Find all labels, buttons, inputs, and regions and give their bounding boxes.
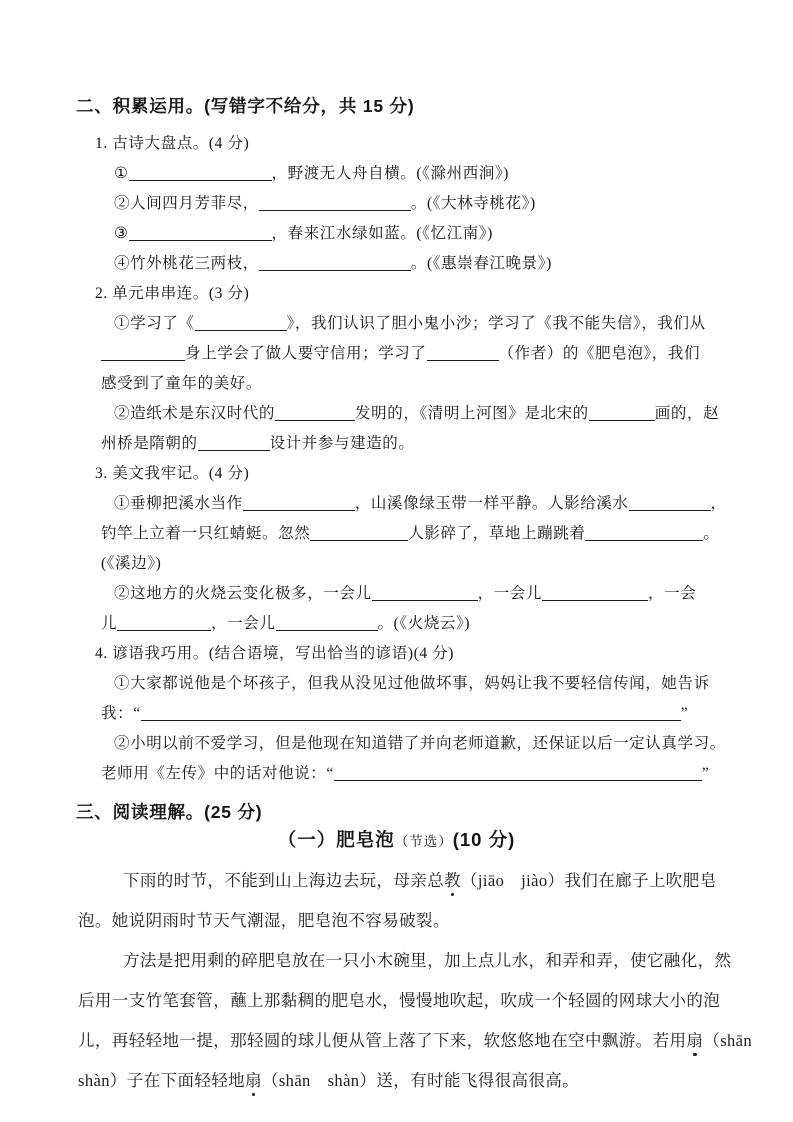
answer-blank	[259, 255, 411, 272]
text-segment: 身上学会了做人要守信用；学习了	[185, 345, 427, 362]
exam-line: (《溪边》)	[0, 549, 793, 579]
text-segment: ①学习了《	[114, 315, 195, 332]
text-segment: ②小明以前不爱学习，但是他现在知道错了并向老师道歉，还保证以后一定认真学习。	[114, 735, 726, 752]
exam-line: ②小明以前不爱学习，但是他现在知道错了并向老师道歉，还保证以后一定认真学习。	[0, 729, 793, 759]
passage-line: 泡。她说阴雨时节天气潮湿，肥皂泡不容易破裂。	[0, 901, 793, 941]
exam-paper-page: 二、积累运用。(写错字不给分，共 15 分) 1. 古诗大盘点。(4 分)①，野…	[0, 0, 793, 1122]
answer-blank	[334, 765, 702, 782]
question-title: 1. 古诗大盘点。(4 分)	[0, 129, 793, 159]
text-segment: 》，我们认识了胆小鬼小沙；学习了《我不能失信》，我们从	[287, 315, 706, 332]
emphasized-character: 扇	[245, 1071, 262, 1090]
passage-line: 下雨的时节，不能到山上海边去玩，母亲总教（jiāo jiào）我们在廊子上吹肥皂	[0, 861, 793, 901]
emphasized-character: 教	[444, 871, 461, 890]
text-segment: ③	[114, 225, 129, 242]
answer-blank	[129, 225, 272, 242]
text-segment: ，一会儿	[211, 615, 275, 632]
passage-line: 儿，再轻轻地一提，那轻圆的球儿便从管上落了下来，软悠悠地在空中飘游。若用扇（sh…	[0, 1021, 793, 1061]
text-segment: ”	[681, 705, 688, 722]
text-segment: ①垂柳把溪水当作	[114, 495, 243, 512]
exam-line: ①大家都说他是个坏孩子，但我从没见过他做坏事，妈妈让我不要轻信传闻，她告诉	[0, 669, 793, 699]
text-segment: 。(《火烧云》)	[378, 615, 471, 632]
reading-passage: 下雨的时节，不能到山上海边去玩，母亲总教（jiāo jiào）我们在廊子上吹肥皂…	[0, 861, 793, 1101]
text-segment: ①	[114, 165, 129, 182]
text-segment: 老师用《左传》中的话对他说：“	[101, 765, 334, 782]
text-segment: ①大家都说他是个坏孩子，但我从没见过他做坏事，妈妈让我不要轻信传闻，她告诉	[114, 675, 710, 692]
question-title: 2. 单元串串连。(3 分)	[0, 279, 793, 309]
reading-subtitle-score: (10 分)	[453, 829, 516, 850]
text-segment: shàn）子在下面轻轻地	[78, 1071, 245, 1090]
text-segment: ，一会儿	[478, 585, 542, 602]
text-segment: 。(《惠崇春江晚景》)	[411, 255, 552, 272]
answer-blank	[542, 585, 648, 602]
answer-blank	[585, 525, 703, 542]
exam-line: ①学习了《》，我们认识了胆小鬼小沙；学习了《我不能失信》，我们从	[0, 309, 793, 339]
exam-line: 老师用《左传》中的话对他说：“”	[0, 759, 793, 789]
section-two-heading: 二、积累运用。(写错字不给分，共 15 分)	[0, 93, 793, 119]
text-segment: 儿	[101, 615, 117, 632]
reading-subtitle-note: （节选）	[395, 834, 453, 849]
text-segment: 人影碎了，草地上蹦跳着	[408, 525, 585, 542]
passage-line: 方法是把用剩的碎肥皂放在一只小木碗里，加上点儿水，和弄和弄，使它融化，然	[0, 941, 793, 981]
answer-blank	[129, 165, 272, 182]
answer-blank	[589, 405, 655, 422]
text-segment: 感受到了童年的美好。	[101, 375, 262, 392]
question-title: 4. 谚语我巧用。(结合语境，写出恰当的谚语)(4 分)	[0, 639, 793, 669]
text-segment: 下雨的时节，不能到山上海边去玩，母亲总	[123, 871, 444, 890]
text-segment: 后用一支竹笔套管，蘸上那黏稠的肥皂水，慢慢地吹起，吹成一个轻圆的网球大小的泡	[78, 991, 720, 1010]
answer-blank	[259, 195, 411, 212]
emphasized-character: 扇	[686, 1031, 703, 1050]
text-segment: （jiāo jiào）我们在廊子上吹肥皂	[461, 871, 716, 890]
exam-line: 我：“”	[0, 699, 793, 729]
text-segment: 儿，再轻轻地一提，那轻圆的球儿便从管上落了下来，软悠悠地在空中飘游。若用	[78, 1031, 686, 1050]
text-segment: ，春来江水绿如蓝。(《忆江南》)	[272, 225, 493, 242]
answer-blank	[427, 345, 499, 362]
text-segment: 设计并参与建造的。	[270, 435, 415, 452]
passage-line: 后用一支竹笔套管，蘸上那黏稠的肥皂水，慢慢地吹起，吹成一个轻圆的网球大小的泡	[0, 981, 793, 1021]
text-segment: ”	[702, 765, 709, 782]
reading-subtitle: （一）肥皂泡（节选）(10 分)	[0, 825, 793, 857]
answer-blank	[198, 435, 270, 452]
text-segment: 方法是把用剩的碎肥皂放在一只小木碗里，加上点儿水，和弄和弄，使它融化，然	[123, 951, 731, 970]
text-segment: ，	[711, 495, 727, 512]
text-segment: 泡。她说阴雨时节天气潮湿，肥皂泡不容易破裂。	[78, 911, 450, 930]
text-segment: ，一会	[648, 585, 696, 602]
exam-line: ②这地方的火烧云变化极多，一会儿，一会儿，一会	[0, 579, 793, 609]
text-segment: ，山溪像绿玉带一样平静。人影给溪水	[355, 495, 629, 512]
text-segment: 。	[703, 525, 719, 542]
text-segment: ②造纸术是东汉时代的	[114, 405, 275, 422]
text-segment: （shān	[703, 1031, 752, 1050]
text-segment: 发明的，《清明上河图》是北宋的	[355, 405, 589, 422]
exam-line: ③，春来江水绿如蓝。(《忆江南》)	[0, 219, 793, 249]
text-segment: ，野渡无人舟自横。(《滁州西涧》)	[272, 165, 510, 182]
question-title: 3. 美文我牢记。(4 分)	[0, 459, 793, 489]
text-segment: 画的，赵	[655, 405, 719, 422]
answer-blank	[372, 585, 478, 602]
answer-blank	[101, 345, 185, 362]
text-segment: 我：“	[101, 705, 141, 722]
answer-blank	[310, 525, 408, 542]
exam-line: ①垂柳把溪水当作，山溪像绿玉带一样平静。人影给溪水，	[0, 489, 793, 519]
text-segment: ②这地方的火烧云变化极多，一会儿	[114, 585, 372, 602]
exam-line: 身上学会了做人要守信用；学习了（作者）的《肥皂泡》，我们	[0, 339, 793, 369]
accumulate-questions: 1. 古诗大盘点。(4 分)①，野渡无人舟自横。(《滁州西涧》)②人间四月芳菲尽…	[0, 129, 793, 789]
page-content: 二、积累运用。(写错字不给分，共 15 分) 1. 古诗大盘点。(4 分)①，野…	[0, 0, 793, 1101]
text-segment: （作者）的《肥皂泡》，我们	[499, 345, 701, 362]
exam-line: 感受到了童年的美好。	[0, 369, 793, 399]
exam-line: ④竹外桃花三两枝，。(《惠崇春江晚景》)	[0, 249, 793, 279]
exam-line: 钓竿上立着一只红蜻蜓。忽然人影碎了，草地上蹦跳着。	[0, 519, 793, 549]
exam-line: 儿，一会儿。(《火烧云》)	[0, 609, 793, 639]
exam-line: ①，野渡无人舟自横。(《滁州西涧》)	[0, 159, 793, 189]
passage-line: shàn）子在下面轻轻地扇（shān shàn）送，有时能飞得很高很高。	[0, 1061, 793, 1101]
text-segment: 州桥是隋朝的	[101, 435, 198, 452]
text-segment: 。(《大林寺桃花》)	[411, 195, 536, 212]
answer-blank	[141, 705, 681, 722]
answer-blank	[629, 495, 711, 512]
text-segment: （shān shàn）送，有时能飞得很高很高。	[262, 1071, 579, 1090]
answer-blank	[243, 495, 355, 512]
exam-line: ②造纸术是东汉时代的发明的，《清明上河图》是北宋的画的，赵	[0, 399, 793, 429]
exam-line: ②人间四月芳菲尽，。(《大林寺桃花》)	[0, 189, 793, 219]
section-three-heading: 三、阅读理解。(25 分)	[0, 799, 793, 825]
answer-blank	[195, 315, 287, 332]
exam-line: 州桥是隋朝的设计并参与建造的。	[0, 429, 793, 459]
text-segment: ④竹外桃花三两枝，	[114, 255, 259, 272]
text-segment: (《溪边》)	[101, 555, 161, 572]
answer-blank	[275, 405, 355, 422]
text-segment: ②人间四月芳菲尽，	[114, 195, 259, 212]
answer-blank	[117, 615, 211, 632]
reading-subtitle-main: （一）肥皂泡	[278, 829, 395, 850]
answer-blank	[276, 615, 378, 632]
text-segment: 钓竿上立着一只红蜻蜓。忽然	[101, 525, 310, 542]
